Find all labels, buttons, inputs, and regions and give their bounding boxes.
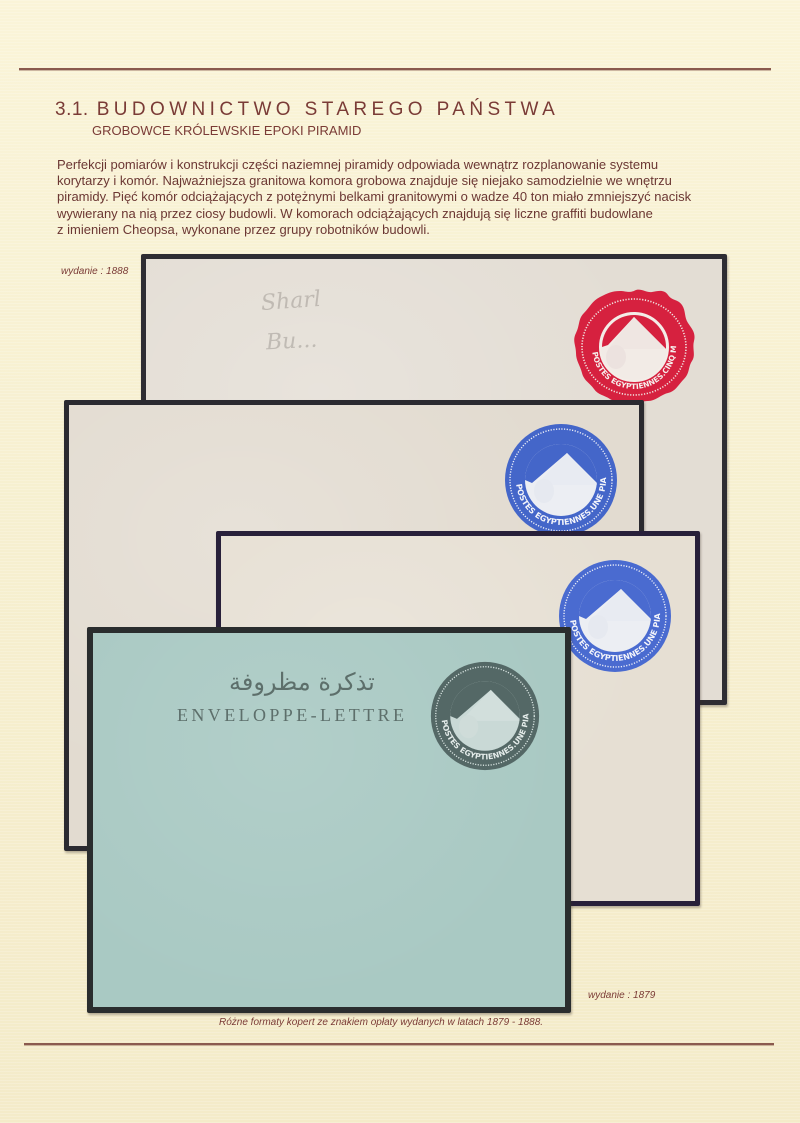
figure-caption: Różne formaty kopert ze znakiem opłaty w…	[219, 1017, 543, 1028]
issue-label-1879: wydanie : 1879	[588, 990, 655, 1001]
postage-stamp-une-piastre-grey: POSTES EGYPTIENNES.UNE PIASTRE	[428, 659, 542, 773]
handwriting-line: Bu...	[265, 328, 318, 356]
description-line: z imieniem Cheopsa, wykonane przez grupy…	[57, 222, 757, 238]
description-paragraph: Perfekcji pomiarów i konstrukcji części …	[57, 157, 757, 238]
section-number: 3.1.	[55, 99, 89, 120]
bottom-divider	[24, 1043, 774, 1045]
page-subtitle: GROBOWCE KRÓLEWSKIE EPOKI PIRAMID	[92, 123, 361, 138]
stamp-circle-icon: POSTES EGYPTIENNES.UNE PIASTRE	[428, 659, 542, 773]
description-line: wywierany na nią przez ciosy budowli. W …	[57, 206, 757, 222]
envelope-lettre-teal: تذكرة مظروفة ENVELOPPE-LETTRE POSTES EGY…	[87, 627, 571, 1013]
postage-stamp-une-piastre: POSTES EGYPTIENNES.UNE PIASTRE	[502, 421, 620, 539]
description-line: Perfekcji pomiarów i konstrukcji części …	[57, 157, 757, 173]
description-line: korytarzy i komór. Najważniejsza granito…	[57, 173, 757, 189]
handwriting-line: Sharl	[260, 287, 322, 316]
postage-stamp-une-piastre: POSTES EGYPTIENNES.UNE PIASTRE	[556, 557, 674, 675]
postage-stamp-cinq-milliemes: POSTES EGYPTIENNES.CINQ MILLIEMES	[568, 287, 700, 407]
stamp-scalloped-icon: POSTES EGYPTIENNES.CINQ MILLIEMES	[568, 287, 700, 407]
description-line: piramidy. Pięć komór odciążających z pot…	[57, 189, 757, 205]
envelope-french-title: ENVELOPPE-LETTRE	[177, 705, 407, 726]
stamp-circle-icon: POSTES EGYPTIENNES.UNE PIASTRE	[556, 557, 674, 675]
issue-label-1888: wydanie : 1888	[61, 266, 128, 277]
top-divider	[19, 68, 771, 70]
stamp-circle-icon: POSTES EGYPTIENNES.UNE PIASTRE	[502, 421, 620, 539]
envelope-arabic-title: تذكرة مظروفة	[229, 668, 375, 696]
page-title: 3.1.BUDOWNICTWO STAREGO PAŃSTWA	[55, 99, 559, 121]
section-title: BUDOWNICTWO STAREGO PAŃSTWA	[97, 99, 560, 120]
